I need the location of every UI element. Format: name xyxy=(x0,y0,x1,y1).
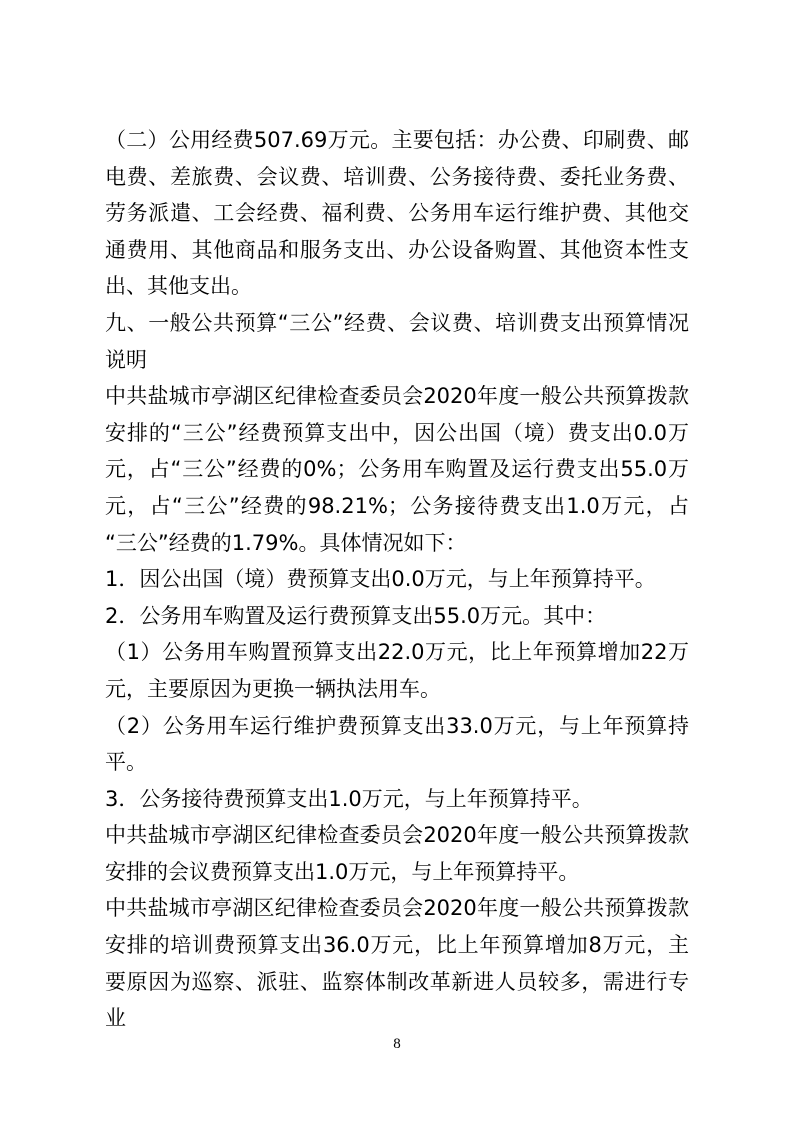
document-body: （二）公用经费507.69万元。主要包括：办公费、印刷费、邮电费、差旅费、会议费… xyxy=(105,122,689,1037)
section-heading-nine: 九、一般公共预算“三公”经费、会议费、培训费支出预算情况说明 xyxy=(105,305,689,378)
paragraph-item-2-vehicle-expense: 2．公务用车购置及运行费预算支出55.0万元。其中： xyxy=(105,598,689,635)
paragraph-item-2-1-vehicle-purchase: （1）公务用车购置预算支出22.0万元，比上年预算增加22万元，主要原因为更换一… xyxy=(105,634,689,707)
paragraph-meeting-expense: 中共盐城市亭湖区纪律检查委员会2020年度一般公共预算拨款安排的会议费预算支出1… xyxy=(105,817,689,890)
paragraph-public-expense: （二）公用经费507.69万元。主要包括：办公费、印刷费、邮电费、差旅费、会议费… xyxy=(105,122,689,305)
paragraph-training-expense: 中共盐城市亭湖区纪律检查委员会2020年度一般公共预算拨款安排的培训费预算支出3… xyxy=(105,890,689,1036)
paragraph-item-1-abroad-expense: 1．因公出国（境）费预算支出0.0万元，与上年预算持平。 xyxy=(105,561,689,598)
paragraph-item-3-reception-expense: 3．公务接待费预算支出1.0万元，与上年预算持平。 xyxy=(105,781,689,818)
paragraph-three-public-overview: 中共盐城市亭湖区纪律检查委员会2020年度一般公共预算拨款安排的“三公”经费预算… xyxy=(105,378,689,561)
page-number: 8 xyxy=(0,1036,794,1053)
paragraph-item-2-2-vehicle-maintenance: （2）公务用车运行维护费预算支出33.0万元，与上年预算持平。 xyxy=(105,708,689,781)
document-page: （二）公用经费507.69万元。主要包括：办公费、印刷费、邮电费、差旅费、会议费… xyxy=(0,0,794,1123)
